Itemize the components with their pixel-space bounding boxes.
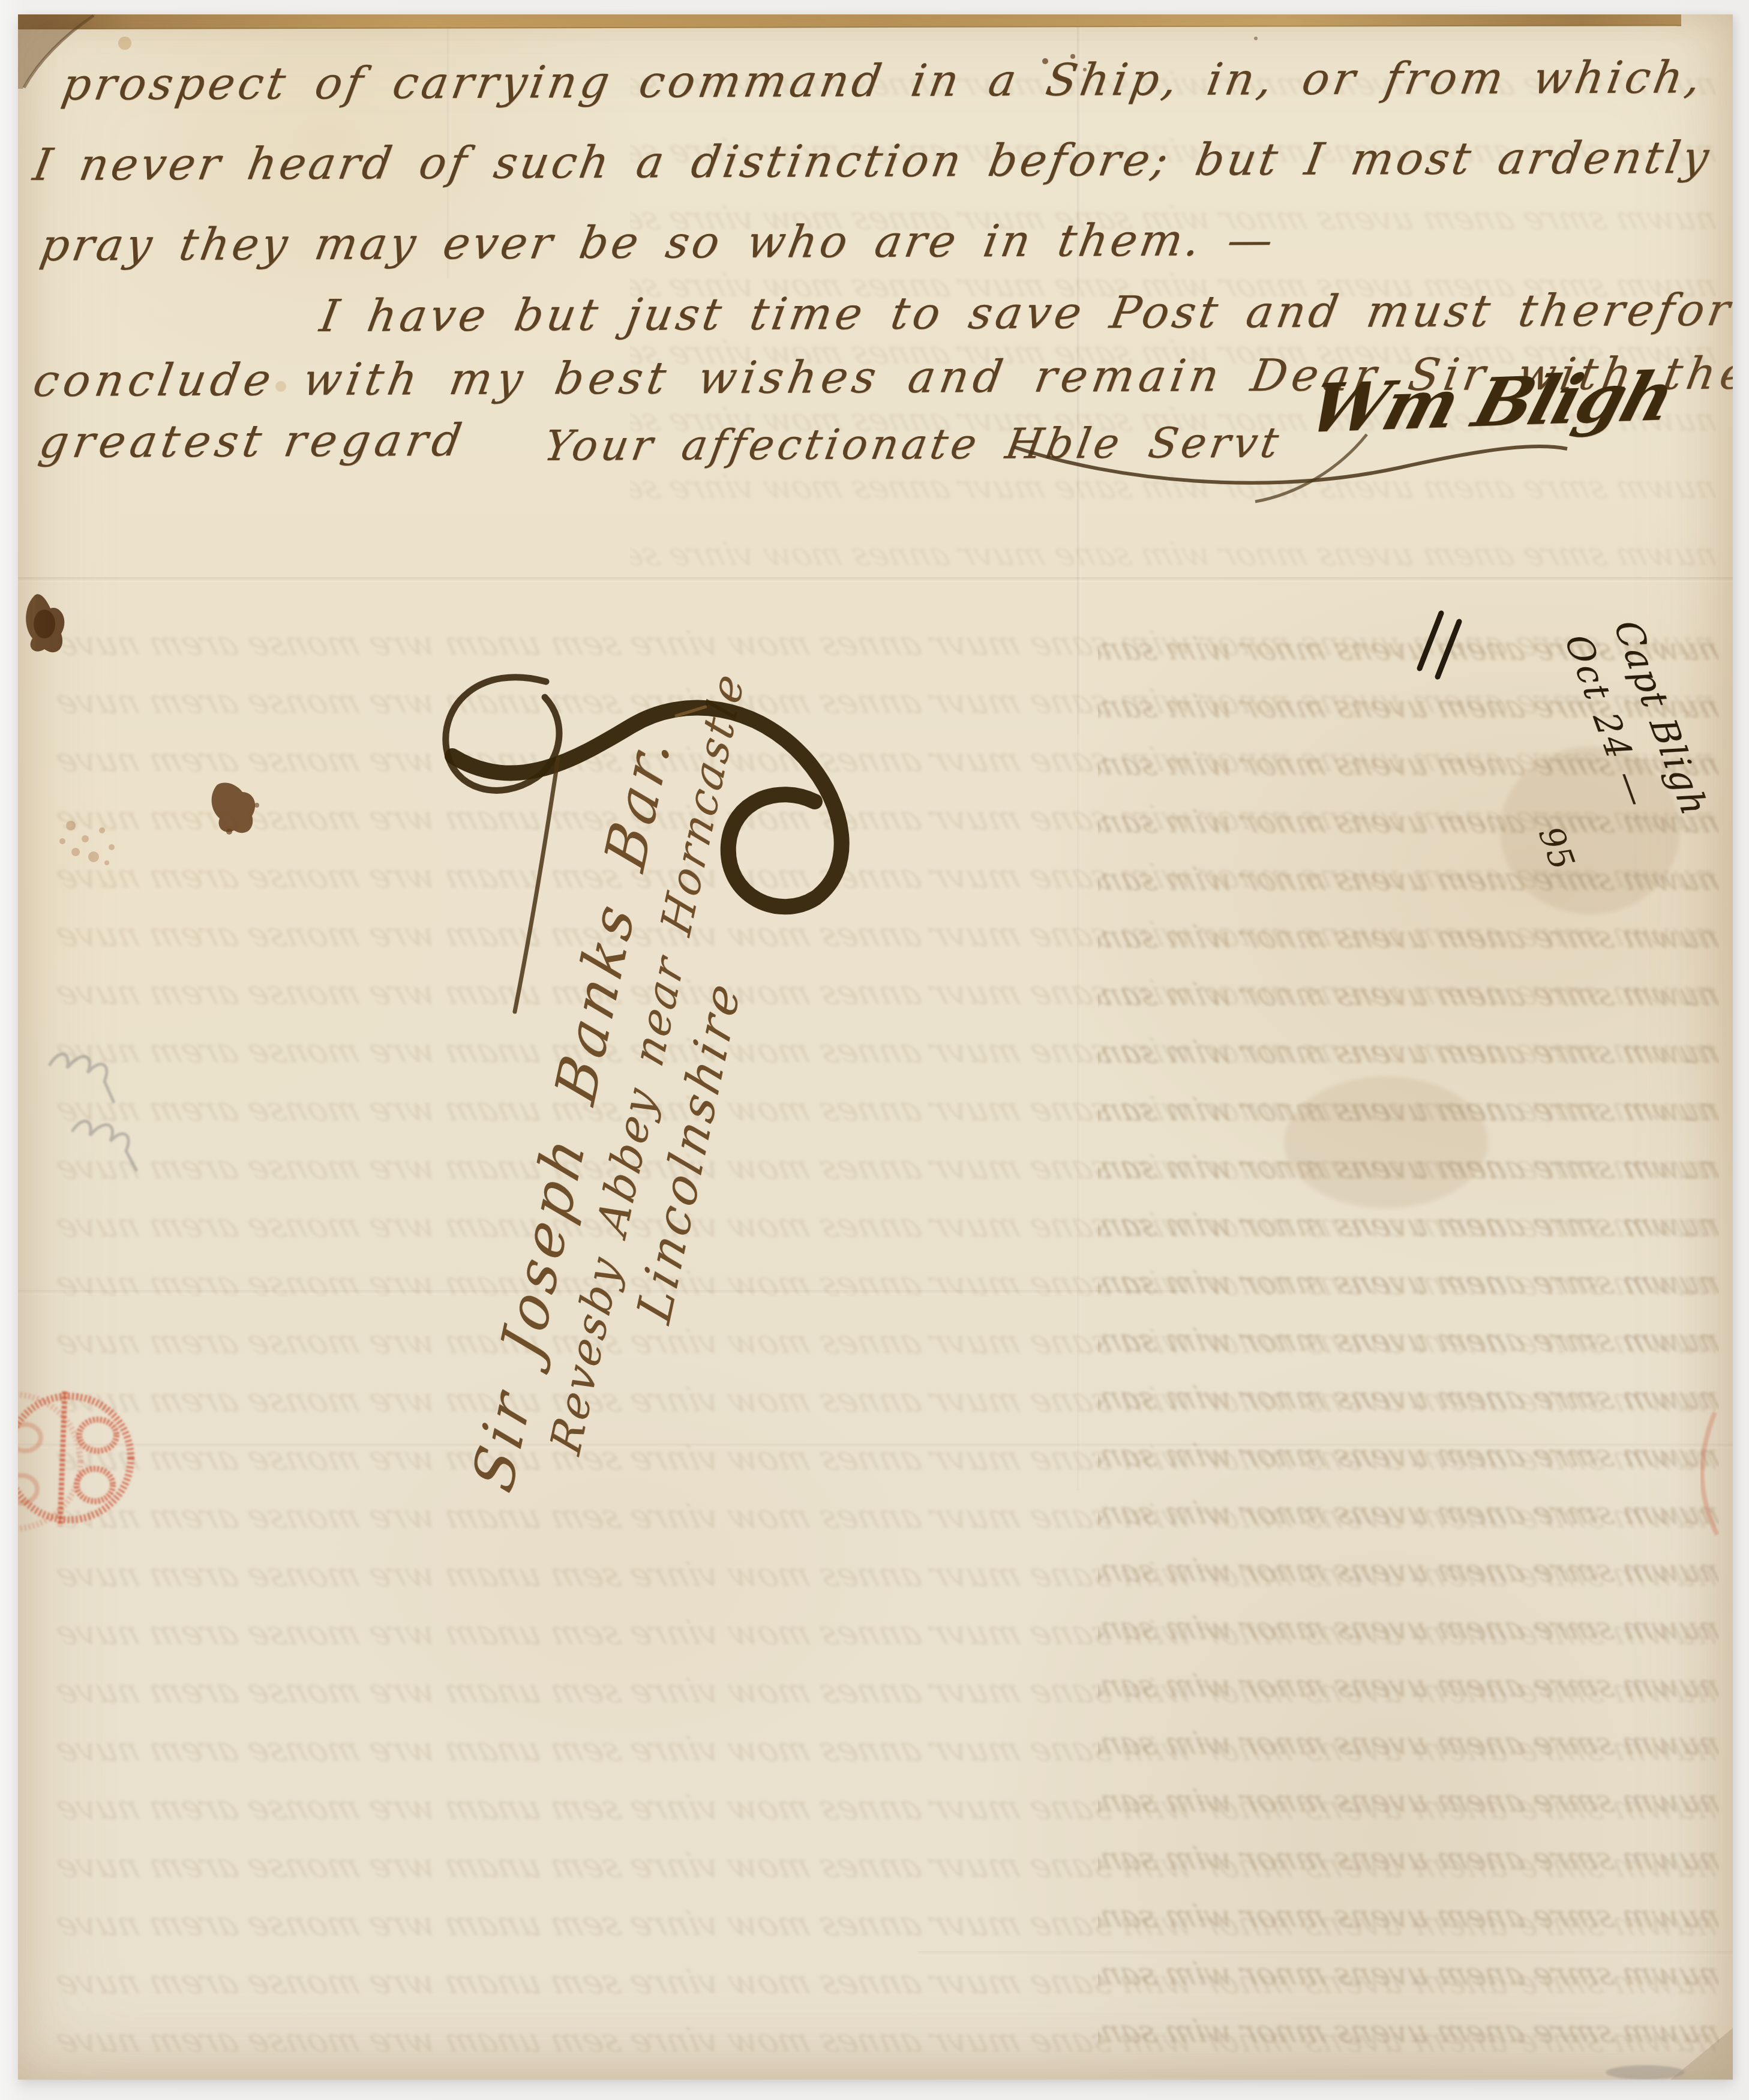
show-through-row: nuwm smre anem uvens mnor wim sane muvr …: [1098, 1945, 1719, 2003]
docket-block: Capt Bligh Oct 24 —: [1558, 614, 1715, 839]
show-through-row: nuwm smre anem uvens mnor wim sane muvr …: [42, 1720, 1716, 1778]
fold-crease-horizontal-1: [18, 577, 1733, 582]
show-through-row: nuwm smre anem uvens mnor wim sane muvr …: [42, 1080, 1716, 1138]
show-through-row: nuwm smre anem uvens mnor wim sane muvr …: [42, 789, 1716, 847]
faint-red-stamp-arc: [1702, 1412, 1717, 1535]
show-through-row: nuwm smre anem uvens mnor wim sane muvr …: [42, 731, 1716, 789]
ink-blot-2: [212, 782, 259, 835]
corner-shade-bottom-right: [1670, 2028, 1733, 2080]
show-through-main: nuwm smre anem uvens mnor wim sane muvr …: [42, 614, 1716, 2063]
show-through-row: nuwm smre anem uvens mnor wim sane muvr …: [1098, 1600, 1719, 1657]
show-through-row: nuwm smre anem uvens mnor wim sane muvr …: [1098, 1772, 1719, 1830]
fold-crease-horizontal-4: [918, 1951, 1733, 1956]
letter-line-4: I have but just time to save Post and mu…: [316, 284, 1733, 342]
show-through-row: nuwm smre anem uvens mnor wim sane muvr …: [1098, 2003, 1719, 2060]
show-through-row: nuwm smre anem uvens mnor wim sane muvr …: [42, 1313, 1716, 1371]
scanned-document-view: { "letter": { "lines": [ "prospect of ca…: [0, 0, 1749, 2100]
smudge-bottom-edge: [1606, 2065, 1685, 2080]
show-through-row: nuwm smre anem uvens mnor wim sane muvr …: [1098, 1139, 1719, 1196]
show-through-row: nuwm smre anem uvens mnor wim sane muvr …: [42, 1953, 1716, 2011]
show-through-row: nuwm smre anem uvens mnor wim sane muvr …: [42, 847, 1716, 905]
show-through-row: nuwm smre anem uvens mnor wim sane muvr …: [42, 1487, 1716, 1546]
letter-line-6: greatest regard: [35, 415, 470, 468]
letter-line-1: prospect of carrying command in a Ship, …: [58, 52, 1708, 110]
fold-crease-horizontal-3: [18, 1444, 1733, 1448]
show-through-row: nuwm smre anem uvens mnor wim sane muvr …: [42, 1546, 1716, 1604]
show-through-row: nuwm smre anem uvens mnor wim sane muvr …: [1098, 1369, 1719, 1427]
show-through-row: nuwm smre anem uvens mnor wim sane muvr …: [1098, 1427, 1719, 1484]
show-through-row: nuwm smre anem uvens mnor wim sane muvr …: [1098, 1830, 1719, 1888]
pencil-scribble: [49, 1054, 137, 1171]
ink-blot-1: [26, 594, 64, 652]
paper-top-edge: [18, 14, 1681, 29]
show-through-row: nuwm smre anem uvens mnor wim sane muvr …: [42, 673, 1716, 731]
show-through-row: nuwm smre anem uvens mnor wim sane muvr …: [1098, 1196, 1719, 1254]
show-through-row: nuwm smre anem uvens mnor wim sane muvr …: [1098, 1081, 1719, 1139]
show-through-row: nuwm smre anem uvens mnor wim sane muvr …: [1098, 1542, 1719, 1600]
fold-crease-vertical-1b: [1077, 734, 1081, 1490]
show-through-row: nuwm smre anem uvens mnor wim sane muvr …: [42, 1895, 1716, 1953]
show-through-row: nuwm smre anem uvens mnor wim sane muvr …: [1098, 1254, 1719, 1312]
show-through-row: nuwm smre anem uvens mnor wim sane muvr …: [42, 2011, 1716, 2063]
show-through-row: nuwm smre anem uvens mnor wim sane muvr …: [1098, 1888, 1719, 1945]
rust-speckle-stain: [59, 821, 115, 865]
letter-paper: nuwm smre anem uvens mnor wim sane muvr …: [18, 14, 1733, 2080]
show-through-row: nuwm smre anem uvens mnor wim sane muvr …: [42, 1604, 1716, 1662]
postal-stamp-icon: [18, 1391, 131, 1529]
letter-line-3: pray they may ever be so who are in them…: [37, 214, 1280, 271]
show-through-row: nuwm smre anem uvens mnor wim sane muvr …: [42, 1837, 1716, 1895]
show-through-row: nuwm smre anem uvens mnor wim sane muvr …: [1098, 1657, 1719, 1715]
stain-right-lower: [1284, 1076, 1488, 1208]
docket-equals-mark: [1420, 613, 1459, 677]
show-through-row: nuwm smre anem uvens mnor wim sane muvr …: [42, 1138, 1716, 1196]
letter-closing: Your affectionate Hble Servt: [541, 418, 1286, 470]
show-through-row: nuwm smre anem uvens mnor wim sane muvr …: [1098, 966, 1719, 1024]
show-through-right-column: nuwm smre anem uvens mnor wim sane muvr …: [1098, 620, 1719, 2063]
show-through-row: nuwm smre anem uvens mnor wim sane muvr …: [42, 905, 1716, 964]
show-through-row: nuwm smre anem uvens mnor wim sane muvr …: [42, 1778, 1716, 1837]
show-through-row: nuwm smre anem uvens mnor wim sane muvr …: [1098, 908, 1719, 966]
show-through-row: nuwm smre anem uvens mnor wim sane muvr …: [42, 614, 1716, 673]
show-through-row: nuwm smre anem uvens mnor wim sane muvr …: [42, 1255, 1716, 1313]
address-block: Sir Joseph Banks Bar. Revesby Abbey near…: [459, 653, 815, 1520]
letter-line-2: I never heard of such a distinction befo…: [29, 132, 1715, 191]
show-through-row: nuwm smre anem uvens mnor wim sane muvr …: [42, 964, 1716, 1022]
show-through-row: nuwm smre anem uvens mnor wim sane muvr …: [630, 521, 1716, 588]
show-through-row: nuwm smre anem uvens mnor wim sane muvr …: [42, 1196, 1716, 1255]
show-through-row: nuwm smre anem uvens mnor wim sane muvr …: [1098, 1484, 1719, 1542]
show-through-row: nuwm smre anem uvens mnor wim sane muvr …: [42, 1662, 1716, 1720]
show-through-row: nuwm smre anem uvens mnor wim sane muvr …: [1098, 1312, 1719, 1369]
show-through-row: nuwm smre anem uvens mnor wim sane muvr …: [42, 1429, 1716, 1487]
show-through-row: nuwm smre anem uvens mnor wim sane muvr …: [42, 1022, 1716, 1080]
show-through-row: nuwm smre anem uvens mnor wim sane muvr …: [1098, 1024, 1719, 1081]
signature-wm-bligh: Wm Bligh: [1300, 357, 1681, 448]
show-through-row: nuwm smre anem uvens mnor wim sane muvr …: [42, 1371, 1716, 1429]
show-through-row: nuwm smre anem uvens mnor wim sane muvr …: [1098, 1715, 1719, 1772]
docket-year: 95: [1531, 821, 1582, 875]
show-through-row: nuwm smre anem uvens mnor wim sane muvr …: [1098, 851, 1719, 908]
